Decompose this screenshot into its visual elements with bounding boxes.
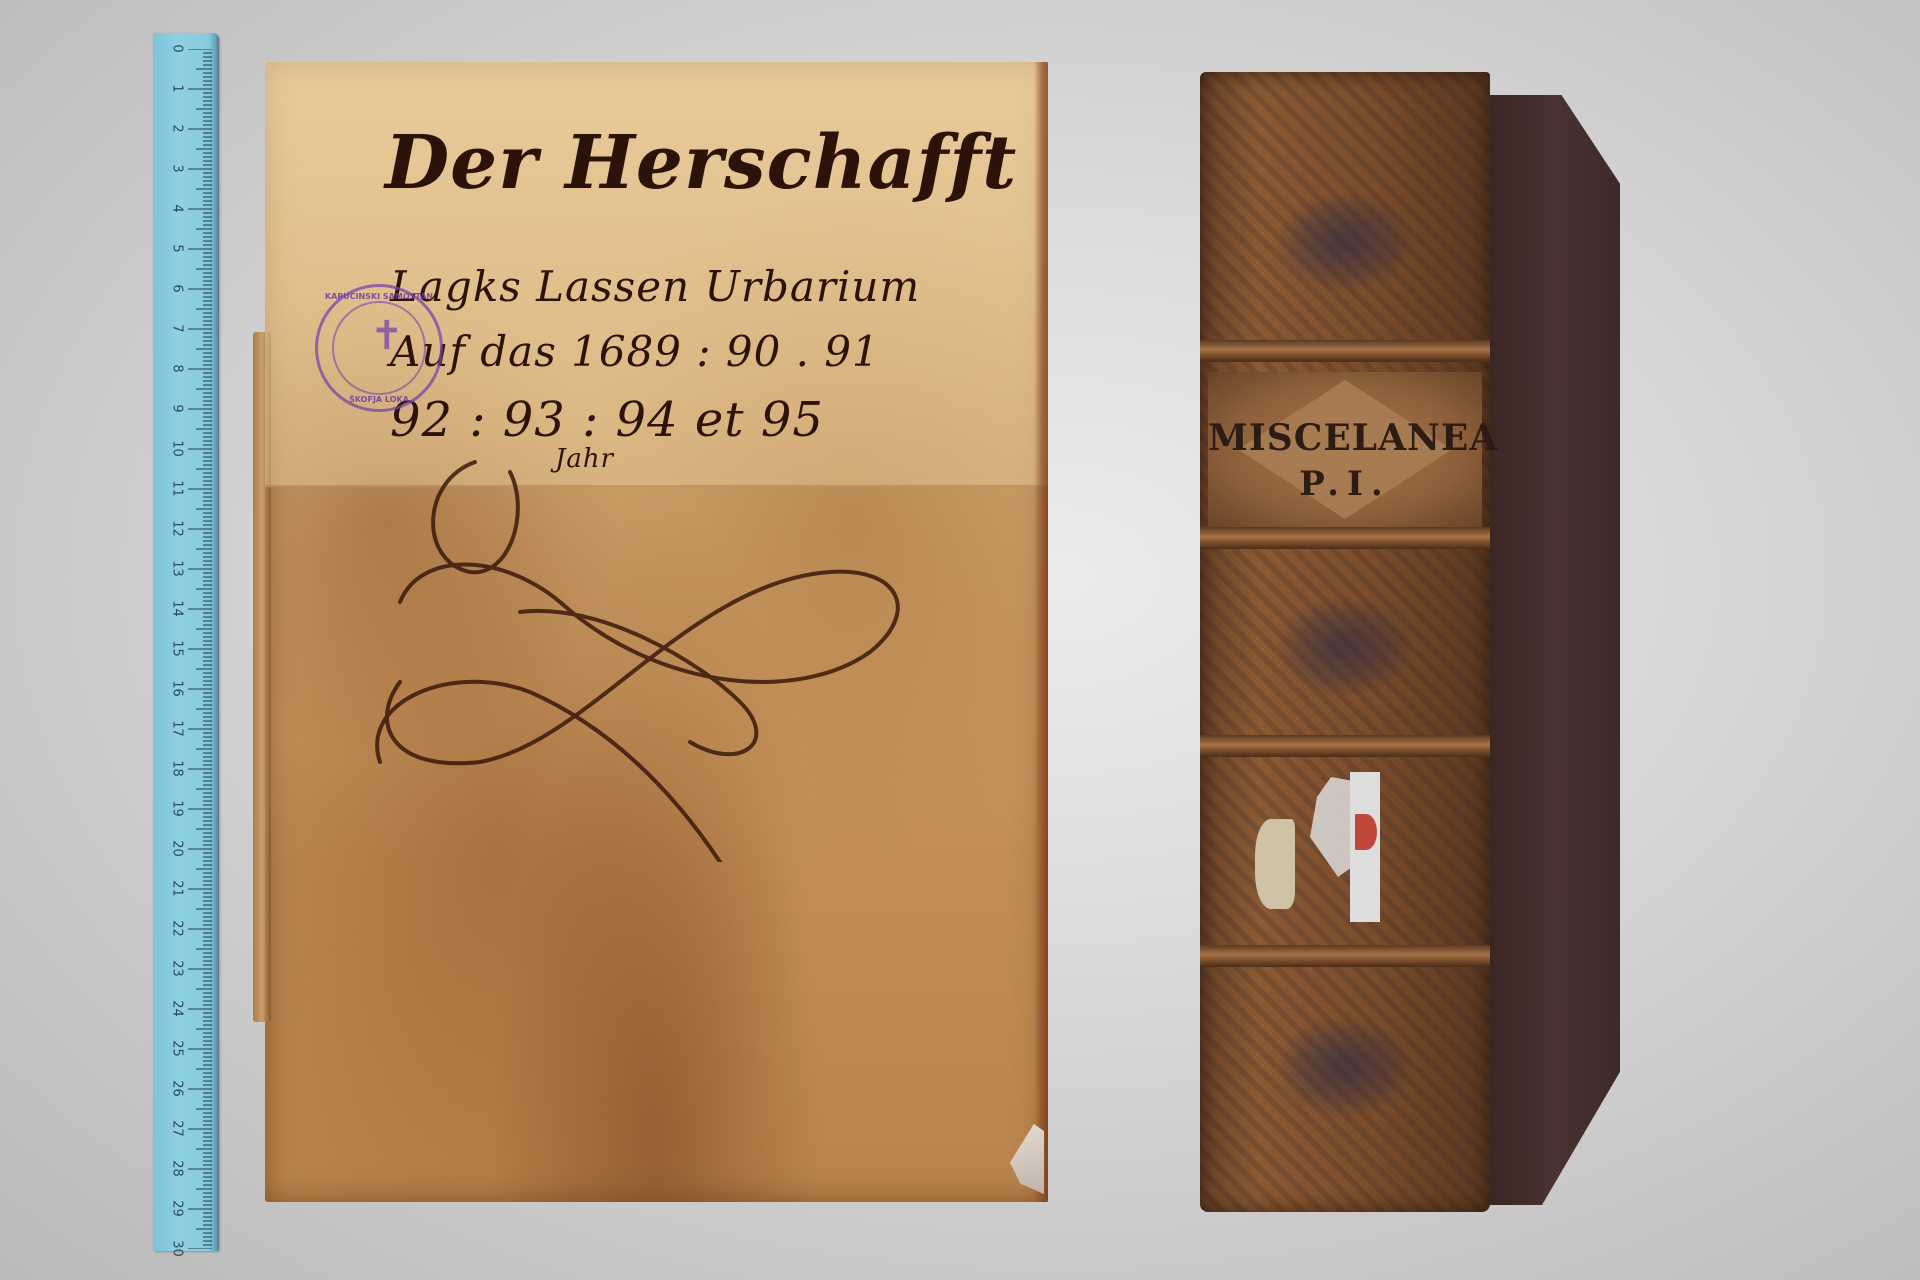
- torn-corner: [1010, 1124, 1044, 1194]
- ruler-label: 12: [170, 519, 185, 539]
- spine-red-label-fragment: [1355, 814, 1377, 850]
- ruler-label: 11: [170, 479, 185, 499]
- ruler-label: 13: [170, 559, 185, 579]
- cover-right-edge: [1034, 62, 1048, 1202]
- ruler-label: 1: [170, 79, 185, 99]
- ruler-label: 14: [170, 599, 185, 619]
- spine-paper-fragment-1: [1255, 819, 1295, 909]
- spine-raised-band-1: [1200, 340, 1490, 362]
- ruler-label: 7: [170, 319, 185, 339]
- stamp-text-top: KAPUCINSKI SAMOSTAN: [318, 292, 440, 301]
- ruler-label: 28: [170, 1159, 185, 1179]
- ruler-label: 26: [170, 1079, 185, 1099]
- ruler-label: 18: [170, 759, 185, 779]
- cover-title-line-1: Der Herschafft: [385, 120, 1017, 206]
- ruler-label: 8: [170, 359, 185, 379]
- ruler-label: 4: [170, 199, 185, 219]
- ruler-label: 25: [170, 1039, 185, 1059]
- ruler-label: 15: [170, 639, 185, 659]
- ruler-label: 22: [170, 919, 185, 939]
- ruler-label: 21: [170, 879, 185, 899]
- monastery-stamp: KAPUCINSKI SAMOSTAN ✝ ŠKOFJA LOKA: [315, 284, 443, 412]
- ruler-label: 9: [170, 399, 185, 419]
- ruler-label: 20: [170, 839, 185, 859]
- ruler-label: 2: [170, 119, 185, 139]
- ruler-label: 19: [170, 799, 185, 819]
- ruler-label: 29: [170, 1199, 185, 1219]
- cover-title-line-3: Auf das 1689 : 90 . 91: [390, 327, 880, 376]
- spine-ornament-2: [1270, 592, 1420, 702]
- spine-title-label: MISCELANEA P.I.: [1208, 372, 1482, 527]
- measuring-ruler: 0123456789101112131415161718192021222324…: [153, 33, 219, 1251]
- ruler-label: 0: [170, 39, 185, 59]
- stamp-text-bottom: ŠKOFJA LOKA: [318, 395, 440, 404]
- spine-title: MISCELANEA: [1208, 417, 1482, 459]
- spine-raised-band-4: [1200, 945, 1490, 967]
- cover-title-line-4: 92 : 93 : 94 et 95: [390, 392, 824, 448]
- book-side-board: [1490, 95, 1620, 1205]
- ruler-label: 23: [170, 959, 185, 979]
- ruler-label: 10: [170, 439, 185, 459]
- ruler-label: 5: [170, 239, 185, 259]
- cover-title-line-2: Lagks Lassen Urbarium: [390, 262, 920, 311]
- spine-raised-band-3: [1200, 735, 1490, 757]
- spine-ornament-3: [1270, 1012, 1420, 1122]
- ruler-label: 17: [170, 719, 185, 739]
- ruler-label: 16: [170, 679, 185, 699]
- ruler-label: 3: [170, 159, 185, 179]
- ruler-label: 27: [170, 1119, 185, 1139]
- ruler-label: 24: [170, 999, 185, 1019]
- spine-ornament-1: [1270, 187, 1420, 297]
- ruler-label: 30: [170, 1239, 185, 1259]
- book-front-cover: Der Herschafft Lagks Lassen Urbarium Auf…: [265, 62, 1048, 1202]
- cross-icon: ✝: [370, 313, 404, 359]
- ruler-ticks: [188, 49, 212, 1249]
- spine-volume: P.I.: [1208, 464, 1482, 504]
- spine-raised-band-2: [1200, 527, 1490, 549]
- calligraphic-flourish: [360, 442, 920, 862]
- book-spine: MISCELANEA P.I.: [1200, 72, 1490, 1212]
- ruler-label: 6: [170, 279, 185, 299]
